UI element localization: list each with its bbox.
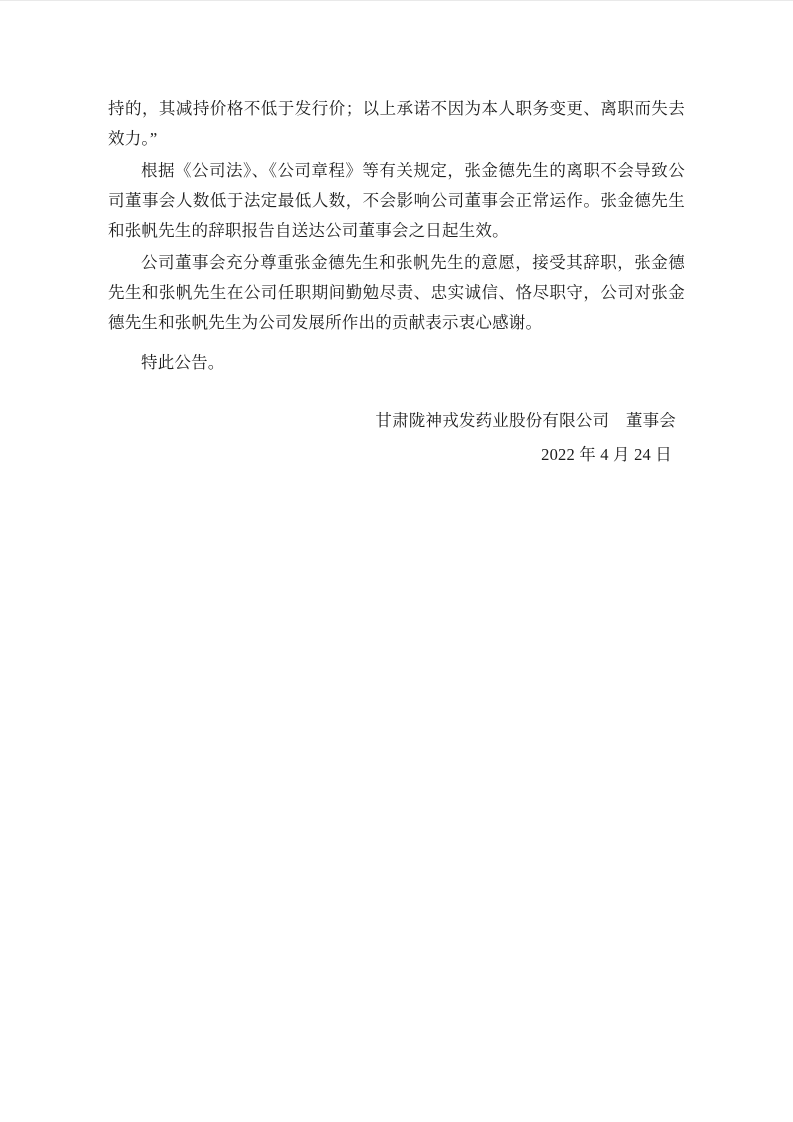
paragraph-closing-statement: 特此公告。 <box>108 348 685 378</box>
paragraph-board-gratitude: 公司董事会充分尊重张金德先生和张帆先生的意愿，接受其辞职，张金德先生和张帆先生在… <box>108 248 685 338</box>
announcement-body: 持的，其减持价格不低于发行价；以上承诺不因为本人职务变更、离职而失去效力。” 根… <box>108 94 685 378</box>
document-page: 持的，其减持价格不低于发行价；以上承诺不因为本人职务变更、离职而失去效力。” 根… <box>0 0 793 1122</box>
company-signature: 甘肃陇神戎发药业股份有限公司 董事会 <box>108 406 685 436</box>
document-content: 持的，其减持价格不低于发行价；以上承诺不因为本人职务变更、离职而失去效力。” 根… <box>108 94 685 470</box>
paragraph-continuation: 持的，其减持价格不低于发行价；以上承诺不因为本人职务变更、离职而失去效力。” <box>108 94 685 154</box>
paragraph-legal-basis: 根据《公司法》、《公司章程》等有关规定，张金德先生的离职不会导致公司董事会人数低… <box>108 156 685 246</box>
announcement-date: 2022 年 4 月 24 日 <box>108 440 685 470</box>
